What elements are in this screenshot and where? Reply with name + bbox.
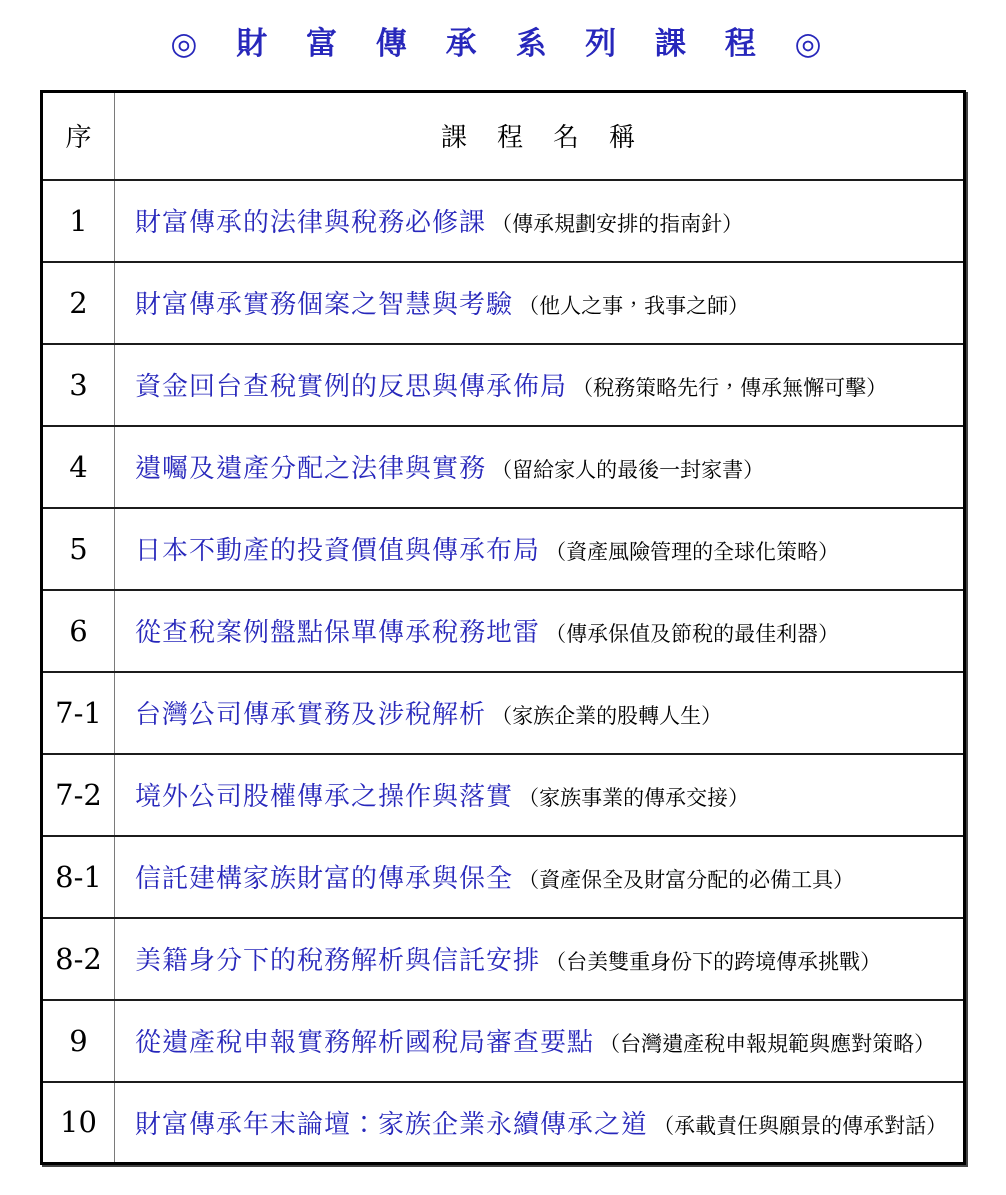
course-seq: 5 [42,508,115,590]
table-row: 7-2 境外公司股權傳承之操作與落實 （家族事業的傳承交接） [42,754,965,836]
table-row: 1 財富傳承的法律與稅務必修課 （傳承規劃安排的指南針） [42,180,965,262]
course-title: 日本不動產的投資價值與傳承布局 [135,536,540,566]
course-seq: 6 [42,590,115,672]
course-name-cell: 遺囑及遺產分配之法律與實務 （留給家人的最後一封家書） [115,426,965,508]
course-name-cell: 財富傳承年末論壇：家族企業永續傳承之道 （承載責任與願景的傳承對話） [115,1082,965,1164]
course-name-cell: 資金回台查稅實例的反思與傳承佈局 （稅務策略先行，傳承無懈可擊） [115,344,965,426]
header-course-name: 課 程 名 稱 [115,92,965,180]
course-title: 財富傳承的法律與稅務必修課 [135,208,486,238]
table-row: 4 遺囑及遺產分配之法律與實務 （留給家人的最後一封家書） [42,426,965,508]
course-table: 序 課 程 名 稱 1 財富傳承的法律與稅務必修課 （傳承規劃安排的指南針） 2… [40,90,966,1165]
course-subtitle: （傳承保值及節稅的最佳利器） [545,622,839,646]
table-row: 6 從查稅案例盤點保單傳承稅務地雷 （傳承保值及節稅的最佳利器） [42,590,965,672]
course-subtitle: （家族事業的傳承交接） [518,786,749,810]
course-seq: 10 [42,1082,115,1164]
table-row: 10 財富傳承年末論壇：家族企業永續傳承之道 （承載責任與願景的傳承對話） [42,1082,965,1164]
table-row: 9 從遺產稅申報實務解析國稅局審查要點 （台灣遺產稅申報規範與應對策略） [42,1000,965,1082]
course-name-cell: 從遺產稅申報實務解析國稅局審查要點 （台灣遺產稅申報規範與應對策略） [115,1000,965,1082]
course-title: 遺囑及遺產分配之法律與實務 [135,454,486,484]
course-subtitle: （家族企業的股轉人生） [491,704,722,728]
course-subtitle: （台美雙重身份下的跨境傳承挑戰） [545,950,881,974]
course-title: 從遺產稅申報實務解析國稅局審查要點 [135,1028,594,1058]
course-seq: 7-1 [42,672,115,754]
course-title: 資金回台查稅實例的反思與傳承佈局 [135,372,567,402]
course-subtitle: （資產保全及財富分配的必備工具） [518,868,854,892]
course-subtitle: （傳承規劃安排的指南針） [491,212,743,236]
course-subtitle: （他人之事，我事之師） [518,294,749,318]
course-seq: 7-2 [42,754,115,836]
course-title: 美籍身分下的稅務解析與信託安排 [135,946,540,976]
course-title: 境外公司股權傳承之操作與落實 [135,782,513,812]
course-title: 財富傳承實務個案之智慧與考驗 [135,290,513,320]
table-row: 3 資金回台查稅實例的反思與傳承佈局 （稅務策略先行，傳承無懈可擊） [42,344,965,426]
course-name-cell: 從查稅案例盤點保單傳承稅務地雷 （傳承保值及節稅的最佳利器） [115,590,965,672]
table-header-row: 序 課 程 名 稱 [42,92,965,180]
course-subtitle: （資產風險管理的全球化策略） [545,540,839,564]
course-title: 財富傳承年末論壇：家族企業永續傳承之道 [135,1110,648,1140]
table-row: 7-1 台灣公司傳承實務及涉稅解析 （家族企業的股轉人生） [42,672,965,754]
course-name-cell: 美籍身分下的稅務解析與信託安排 （台美雙重身份下的跨境傳承挑戰） [115,918,965,1000]
header-seq: 序 [42,92,115,180]
course-title: 台灣公司傳承實務及涉稅解析 [135,700,486,730]
page-title: ◎ 財 富 傳 承 系 列 課 程 ◎ [0,0,1006,63]
course-name-cell: 台灣公司傳承實務及涉稅解析 （家族企業的股轉人生） [115,672,965,754]
course-name-cell: 境外公司股權傳承之操作與落實 （家族事業的傳承交接） [115,754,965,836]
course-seq: 1 [42,180,115,262]
course-name-cell: 財富傳承實務個案之智慧與考驗 （他人之事，我事之師） [115,262,965,344]
course-subtitle: （留給家人的最後一封家書） [491,458,764,482]
course-seq: 8-2 [42,918,115,1000]
course-title: 從查稅案例盤點保單傳承稅務地雷 [135,618,540,648]
course-seq: 3 [42,344,115,426]
course-name-cell: 財富傳承的法律與稅務必修課 （傳承規劃安排的指南針） [115,180,965,262]
course-seq: 8-1 [42,836,115,918]
course-name-cell: 信託建構家族財富的傳承與保全 （資產保全及財富分配的必備工具） [115,836,965,918]
course-seq: 4 [42,426,115,508]
course-subtitle: （稅務策略先行，傳承無懈可擊） [572,376,887,400]
course-subtitle: （台灣遺產稅申報規範與應對策略） [599,1032,935,1056]
table-row: 8-1 信託建構家族財富的傳承與保全 （資產保全及財富分配的必備工具） [42,836,965,918]
course-title: 信託建構家族財富的傳承與保全 [135,864,513,894]
course-subtitle: （承載責任與願景的傳承對話） [653,1114,947,1138]
course-seq: 2 [42,262,115,344]
course-name-cell: 日本不動產的投資價值與傳承布局 （資產風險管理的全球化策略） [115,508,965,590]
course-seq: 9 [42,1000,115,1082]
table-row: 2 財富傳承實務個案之智慧與考驗 （他人之事，我事之師） [42,262,965,344]
table-row: 5 日本不動產的投資價值與傳承布局 （資產風險管理的全球化策略） [42,508,965,590]
table-row: 8-2 美籍身分下的稅務解析與信託安排 （台美雙重身份下的跨境傳承挑戰） [42,918,965,1000]
